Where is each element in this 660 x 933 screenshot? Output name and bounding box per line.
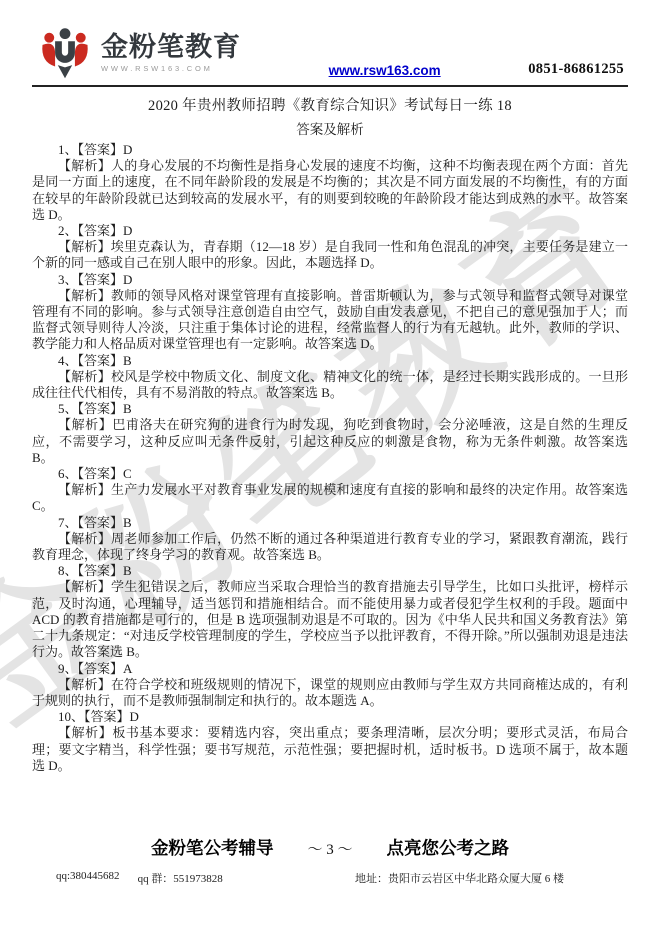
page-title: 2020 年贵州教师招聘《教育综合知识》考试每日一练 18	[32, 94, 628, 115]
footer-contact-row: qq:380445682 qq 群：551973828 地址：贵阳市云岩区中华北…	[0, 870, 660, 886]
analysis-paragraph: 【解析】埃里克森认为，青春期（12—18 岁）是自我同一性和角色混乱的冲突，主要…	[32, 239, 628, 271]
answer-line: 3、【答案】D	[32, 272, 628, 288]
brand-url-small: WWW.RSW163.COM	[101, 64, 241, 73]
answer-item: 6、【答案】C 【解析】生产力发展水平对教育事业发展的规模和速度有直接的影响和最…	[32, 466, 628, 515]
analysis-paragraph: 【解析】校风是学校中物质文化、制度文化、精神文化的统一体，是经过长期实践形成的。…	[32, 369, 628, 401]
answer-line: 9、【答案】A	[32, 661, 628, 677]
qq-contact: qq:380445682	[56, 870, 120, 886]
footer-banner: 金粉笔公考辅导 ～ 3 ～ 点亮您公考之路	[0, 835, 660, 860]
website-link[interactable]: www.rsw163.com	[329, 63, 441, 78]
analysis-paragraph: 【解析】教师的领导风格对课堂管理有直接影响。普雷斯顿认为，参与式领导和监督式领导…	[32, 288, 628, 353]
answer-item: 2、【答案】D 【解析】埃里克森认为，青春期（12—18 岁）是自我同一性和角色…	[32, 223, 628, 272]
analysis-paragraph: 【解析】板书基本要求：要精选内容，突出重点；要条理清晰，层次分明；要形式灵活，布…	[32, 725, 628, 774]
answer-item: 4、【答案】B 【解析】校风是学校中物质文化、制度文化、精神文化的统一体，是经过…	[32, 353, 628, 402]
brand-name: 金粉笔教育	[101, 33, 241, 61]
answer-line: 2、【答案】D	[32, 223, 628, 239]
answer-item: 8、【答案】B 【解析】学生犯错误之后，教师应当采取合理恰当的教育措施去引导学生…	[32, 563, 628, 660]
footer-brand: 金粉笔公考辅导	[151, 835, 274, 860]
answer-item: 5、【答案】B 【解析】巴甫洛夫在研究狗的进食行为时发现，狗吃到食物时，会分泌唾…	[32, 401, 628, 466]
analysis-paragraph: 【解析】人的身心发展的不均衡性是指身心发展的速度不均衡，这种不均衡表现在两个方面…	[32, 158, 628, 223]
footer-slogan: 点亮您公考之路	[387, 835, 510, 860]
answer-line: 1、【答案】D	[32, 142, 628, 158]
brand-logo: 金粉笔教育 WWW.RSW163.COM	[38, 26, 241, 80]
answer-line: 6、【答案】C	[32, 466, 628, 482]
qq-group: qq 群：551973828	[138, 870, 223, 886]
analysis-paragraph: 【解析】学生犯错误之后，教师应当采取合理恰当的教育措施去引导学生，比如口头批评，…	[32, 579, 628, 660]
analysis-paragraph: 【解析】在符合学校和班级规则的情况下，课堂的规则应由教师与学生双方共同商榷达成的…	[32, 677, 628, 709]
people-u-logo-icon	[38, 26, 92, 80]
answer-item: 9、【答案】A 【解析】在符合学校和班级规则的情况下，课堂的规则应由教师与学生双…	[32, 661, 628, 710]
page-number: ～ 3 ～	[307, 838, 352, 859]
page-subtitle: 答案及解析	[32, 118, 628, 138]
answer-item: 1、【答案】D 【解析】人的身心发展的不均衡性是指身心发展的速度不均衡，这种不均…	[32, 142, 628, 223]
address: 地址：贵阳市云岩区中华北路众厦大厦 6 楼	[355, 870, 564, 886]
answer-line: 5、【答案】B	[32, 401, 628, 417]
answer-line: 8、【答案】B	[32, 563, 628, 579]
answer-line: 7、【答案】B	[32, 515, 628, 531]
answer-item: 10、【答案】D 【解析】板书基本要求：要精选内容，突出重点；要条理清晰，层次分…	[32, 709, 628, 774]
answer-item: 7、【答案】B 【解析】周老师参加工作后，仍然不断的通过各种渠道进行教育专业的学…	[32, 515, 628, 564]
analysis-paragraph: 【解析】巴甫洛夫在研究狗的进食行为时发现，狗吃到食物时，会分泌唾液，这是自然的生…	[32, 417, 628, 466]
answer-line: 4、【答案】B	[32, 353, 628, 369]
answer-line: 10、【答案】D	[32, 709, 628, 725]
answers-section: 1、【答案】D 【解析】人的身心发展的不均衡性是指身心发展的速度不均衡，这种不均…	[32, 142, 628, 774]
analysis-paragraph: 【解析】周老师参加工作后，仍然不断的通过各种渠道进行教育专业的学习，紧跟教育潮流…	[32, 531, 628, 563]
page-header: 金粉笔教育 WWW.RSW163.COM www.rsw163.com 0851…	[32, 0, 628, 87]
document-page: 金粉笔教育 WWW.RSW163.COM www.rsw163.com 0851…	[0, 0, 660, 774]
answer-item: 3、【答案】D 【解析】教师的领导风格对课堂管理有直接影响。普雷斯顿认为，参与式…	[32, 272, 628, 353]
analysis-paragraph: 【解析】生产力发展水平对教育事业发展的规模和速度有直接的影响和最终的决定作用。故…	[32, 482, 628, 514]
phone-number: 0851-86861255	[528, 61, 624, 78]
